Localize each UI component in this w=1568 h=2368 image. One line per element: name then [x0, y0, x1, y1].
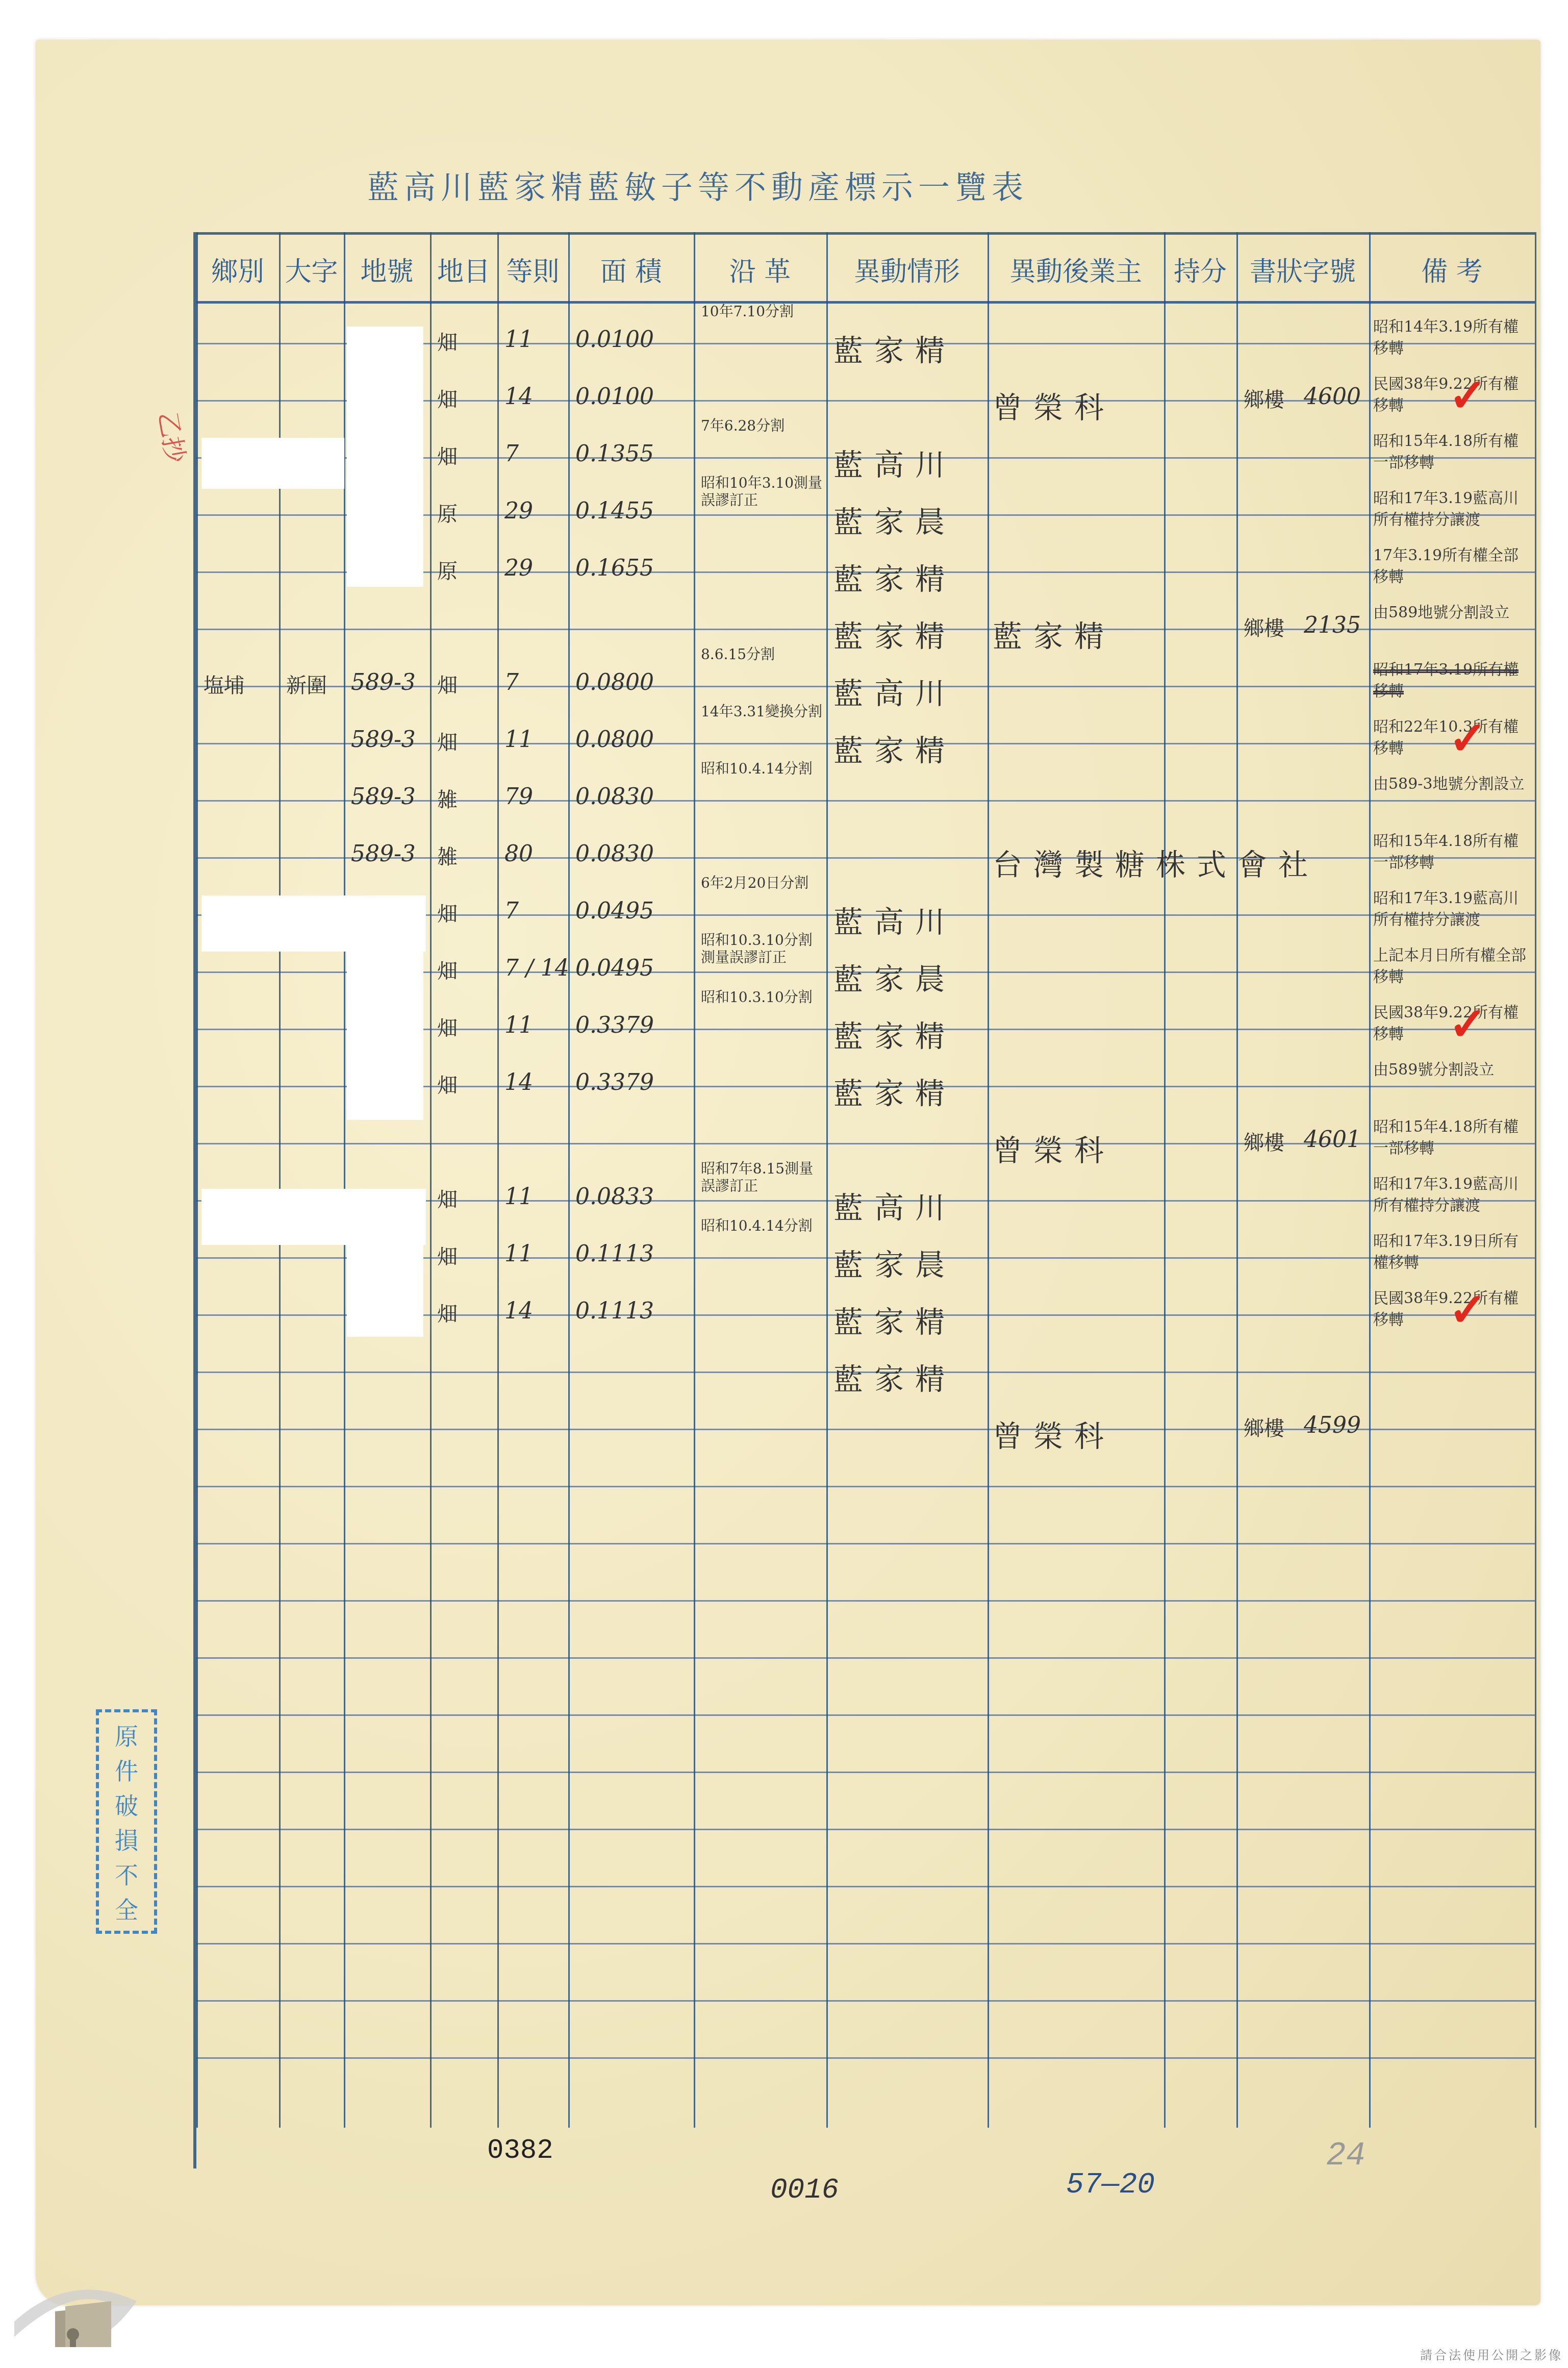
- cell-area: 0.1355: [575, 441, 654, 467]
- cell-change: 藍家精: [833, 727, 956, 769]
- column-header: 地目: [430, 250, 497, 288]
- cell-land-type: 畑: [437, 1069, 458, 1099]
- red-check-mark-icon: ✓: [1449, 1283, 1487, 1337]
- cell-change: 藍高川: [833, 441, 956, 484]
- cell-change: 藍家精: [833, 1298, 956, 1341]
- cell-cert-no: 2135: [1304, 612, 1361, 638]
- cell-change: 藍家晨: [833, 498, 956, 541]
- cell-area: 0.0100: [575, 327, 654, 353]
- cell-history: 昭和10.4.14分割: [701, 1217, 823, 1235]
- cell-change: 藍高川: [833, 669, 956, 712]
- cell-history: 8.6.15分割: [701, 646, 823, 663]
- cell-grade: 7: [504, 669, 519, 695]
- grid-line: [988, 232, 989, 2128]
- red-check-mark-icon: ✓: [1449, 997, 1487, 1051]
- column-header: 持分: [1164, 250, 1236, 288]
- cell-cert-word: 鄉樓: [1244, 384, 1284, 413]
- cell-land-type: 畑: [437, 727, 458, 756]
- column-header: 大字: [279, 250, 344, 288]
- cell-area: 0.1655: [575, 555, 654, 581]
- grid-line: [196, 1943, 1535, 1945]
- cell-area: 0.0495: [575, 898, 654, 924]
- grid-line: [568, 232, 570, 2128]
- grid-line: [344, 232, 345, 2128]
- remark-note: 昭和17年3.19藍高川所有權持分讓渡: [1373, 488, 1526, 531]
- cell-grade: 14: [504, 1298, 533, 1324]
- cell-cert-word: 鄉樓: [1244, 1412, 1284, 1441]
- remark-note: 17年3.19所有權全部移轉: [1373, 545, 1526, 588]
- cell-cert-no: 4599: [1304, 1412, 1361, 1438]
- cell-land-type: 畑: [437, 898, 458, 927]
- grid-line: [1236, 232, 1238, 2128]
- cell-land-type: 原: [437, 498, 458, 527]
- cell-owner-after: 台灣製糖株式會社: [993, 841, 1319, 884]
- cell-area: 0.1113: [575, 1298, 654, 1324]
- grid-line: [196, 1772, 1535, 1773]
- cell-lot: 589-3: [351, 669, 416, 695]
- cell-land-type: 畑: [437, 441, 458, 470]
- red-check-mark-icon: ✓: [1449, 368, 1487, 422]
- cell-land-type: 畑: [437, 1298, 458, 1327]
- cell-change: 藍高川: [833, 1184, 956, 1227]
- cell-grade: 14: [504, 384, 533, 410]
- cell-area: 0.3379: [575, 1069, 654, 1095]
- cell-history: 7年6.28分割: [701, 417, 823, 435]
- cell-section: 新圍: [286, 669, 327, 699]
- cell-grade: 14: [504, 1069, 533, 1095]
- cell-change: 藍家精: [833, 327, 956, 369]
- archive-stamp: 原件破損不全: [96, 1709, 157, 1934]
- column-header: 異動情形: [826, 250, 988, 288]
- grid-line: [196, 301, 1535, 304]
- cell-area: 0.1113: [575, 1241, 654, 1267]
- cell-township: 塩埔: [204, 669, 244, 699]
- column-header: 沿 革: [694, 250, 826, 288]
- cell-land-type: 原: [437, 555, 458, 584]
- grid-line: [196, 1486, 1535, 1487]
- remark-note: 昭和15年4.18所有權一部移轉: [1373, 431, 1526, 473]
- cell-grade: 80: [504, 841, 533, 867]
- stamp-char: 不: [115, 1857, 138, 1890]
- cell-lot: 589-3: [351, 784, 416, 810]
- cell-grade: 79: [504, 784, 533, 810]
- printed-page-number: 0382: [487, 2135, 553, 2166]
- archive-book-keyhole-icon: [9, 2260, 142, 2347]
- cell-grade: 11: [504, 1184, 533, 1210]
- cell-change: 藍高川: [833, 898, 956, 941]
- cell-area: 0.0100: [575, 384, 654, 410]
- column-header: 等則: [497, 250, 568, 288]
- stamp-char: 原: [115, 1718, 138, 1752]
- grid-line: [279, 232, 281, 2128]
- grid-line: [826, 232, 828, 2128]
- remark-note: 昭和15年4.18所有權一部移轉: [1373, 1116, 1526, 1159]
- grid-line: [430, 232, 432, 2128]
- cell-change: 藍家晨: [833, 955, 956, 998]
- cell-land-type: 畑: [437, 1184, 458, 1213]
- remark-note: 昭和17年3.19藍高川所有權持分讓渡: [1373, 1174, 1526, 1216]
- cell-owner-after: 藍家精: [993, 612, 1115, 655]
- document-title: 藍高川藍家精藍敏子等不動產標示一覽表: [367, 162, 1028, 208]
- cell-land-type: 雑: [437, 784, 458, 813]
- usage-watermark: 請合法使用公開之影像: [1420, 2345, 1563, 2363]
- remark-note: 上記本月日所有權全部移轉: [1373, 945, 1526, 988]
- red-check-mark-icon: ✓: [1449, 711, 1487, 765]
- cell-history: 昭和10.3.10分割測量誤謬訂正: [701, 932, 823, 966]
- remark-note: 昭和17年3.19所有權移轉: [1373, 659, 1526, 702]
- cell-cert-no: 4601: [1304, 1127, 1361, 1153]
- grid-line: [196, 1657, 1535, 1659]
- cell-land-type: 雑: [437, 841, 458, 870]
- cell-grade: 7 / 14: [504, 955, 569, 981]
- cell-grade: 11: [504, 727, 533, 753]
- grid-line: [196, 1714, 1535, 1716]
- grid-line: [196, 1600, 1535, 1602]
- grid-line: [196, 232, 1535, 235]
- cell-grade: 7: [504, 441, 519, 467]
- cell-area: 0.0800: [575, 727, 654, 753]
- cell-owner-after: 曾榮科: [993, 1412, 1115, 1455]
- redaction-block: [347, 1189, 423, 1337]
- grid-line: [196, 1543, 1535, 1544]
- remark-note: 昭和14年3.19所有權移轉: [1373, 316, 1526, 359]
- column-header: 備 考: [1369, 250, 1535, 288]
- grid-line: [1369, 232, 1371, 2128]
- cell-area: 0.3379: [575, 1012, 654, 1038]
- cell-land-type: 畑: [437, 1012, 458, 1041]
- grid-line: [694, 232, 695, 2128]
- cell-grade: 29: [504, 498, 533, 524]
- cell-history: 昭和10年3.10測量誤謬訂正: [701, 475, 823, 509]
- cell-grade: 11: [504, 1241, 533, 1267]
- cell-land-type: 畑: [437, 384, 458, 413]
- stamp-char: 破: [115, 1787, 138, 1821]
- cell-history: 10年7.10分割: [701, 303, 823, 320]
- column-header: 鄉別: [196, 250, 279, 288]
- column-header: 面 積: [568, 250, 694, 288]
- stamp-char: 件: [115, 1753, 138, 1786]
- cell-history: 昭和10.4.14分割: [701, 760, 823, 778]
- cell-change: 藍家精: [833, 555, 956, 598]
- grid-line: [196, 2000, 1535, 2002]
- cell-cert-no: 4600: [1304, 384, 1361, 410]
- cell-history: 6年2月20日分割: [701, 875, 823, 892]
- cell-change: 藍家晨: [833, 1241, 956, 1284]
- cell-grade: 29: [504, 555, 533, 581]
- cell-area: 0.1455: [575, 498, 654, 524]
- cell-lot: 589-3: [351, 841, 416, 867]
- cell-land-type: 畑: [437, 955, 458, 984]
- cell-cert-word: 鄉樓: [1244, 1127, 1284, 1156]
- cell-area: 0.0833: [575, 1184, 654, 1210]
- cell-history: 昭和7年8.15測量誤謬訂正: [701, 1160, 823, 1195]
- stamp-char: 損: [115, 1822, 138, 1856]
- remark-note: 由589-3地號分割設立: [1373, 774, 1526, 795]
- cell-grade: 7: [504, 898, 519, 924]
- cell-history: 14年3.31變換分割: [701, 703, 823, 720]
- cell-area: 0.0800: [575, 669, 654, 695]
- cell-area: 0.0495: [575, 955, 654, 981]
- grid-line: [196, 232, 198, 2128]
- column-header: 異動後業主: [988, 250, 1164, 288]
- remark-note: 昭和17年3.19日所有權移轉: [1373, 1231, 1526, 1274]
- handwritten-number: 0016: [770, 2174, 839, 2206]
- cell-cert-word: 鄉樓: [1244, 612, 1284, 641]
- remark-note: 由589號分割設立: [1373, 1059, 1526, 1081]
- grid-line: [1535, 232, 1536, 2128]
- redaction-block: [347, 327, 423, 587]
- grid-line: [1164, 232, 1166, 2128]
- handwritten-number: 24: [1326, 2138, 1365, 2175]
- redaction-block: [347, 895, 423, 1120]
- column-header: 書狀字號: [1236, 250, 1369, 288]
- cell-grade: 11: [504, 327, 533, 353]
- remark-note: 由589地號分割設立: [1373, 602, 1526, 624]
- cell-land-type: 畑: [437, 1241, 458, 1270]
- cell-change: 藍家精: [833, 1355, 956, 1398]
- column-header: 地號: [344, 250, 430, 288]
- cell-change: 藍家精: [833, 1012, 956, 1055]
- cell-land-type: 畑: [437, 669, 458, 699]
- grid-line: [497, 232, 499, 2128]
- stamp-char: 全: [115, 1891, 138, 1925]
- cell-lot: 589-3: [351, 727, 416, 753]
- cell-land-type: 畑: [437, 327, 458, 356]
- cell-change: 藍家精: [833, 612, 956, 655]
- cell-owner-after: 曾榮科: [993, 384, 1115, 427]
- cell-grade: 11: [504, 1012, 533, 1038]
- handwritten-number: 57—20: [1066, 2168, 1155, 2202]
- remark-note: 昭和15年4.18所有權一部移轉: [1373, 831, 1526, 874]
- remark-note: 昭和17年3.19藍高川所有權持分讓渡: [1373, 888, 1526, 931]
- grid-line: [196, 1829, 1535, 1830]
- cell-area: 0.0830: [575, 784, 654, 810]
- cell-change: 藍家精: [833, 1069, 956, 1112]
- cell-owner-after: 曾榮科: [993, 1127, 1115, 1169]
- grid-line: [196, 2057, 1535, 2059]
- redaction-block: [201, 438, 344, 489]
- grid-line: [196, 1886, 1535, 1887]
- cell-area: 0.0830: [575, 841, 654, 867]
- cell-history: 昭和10.3.10分割: [701, 989, 823, 1006]
